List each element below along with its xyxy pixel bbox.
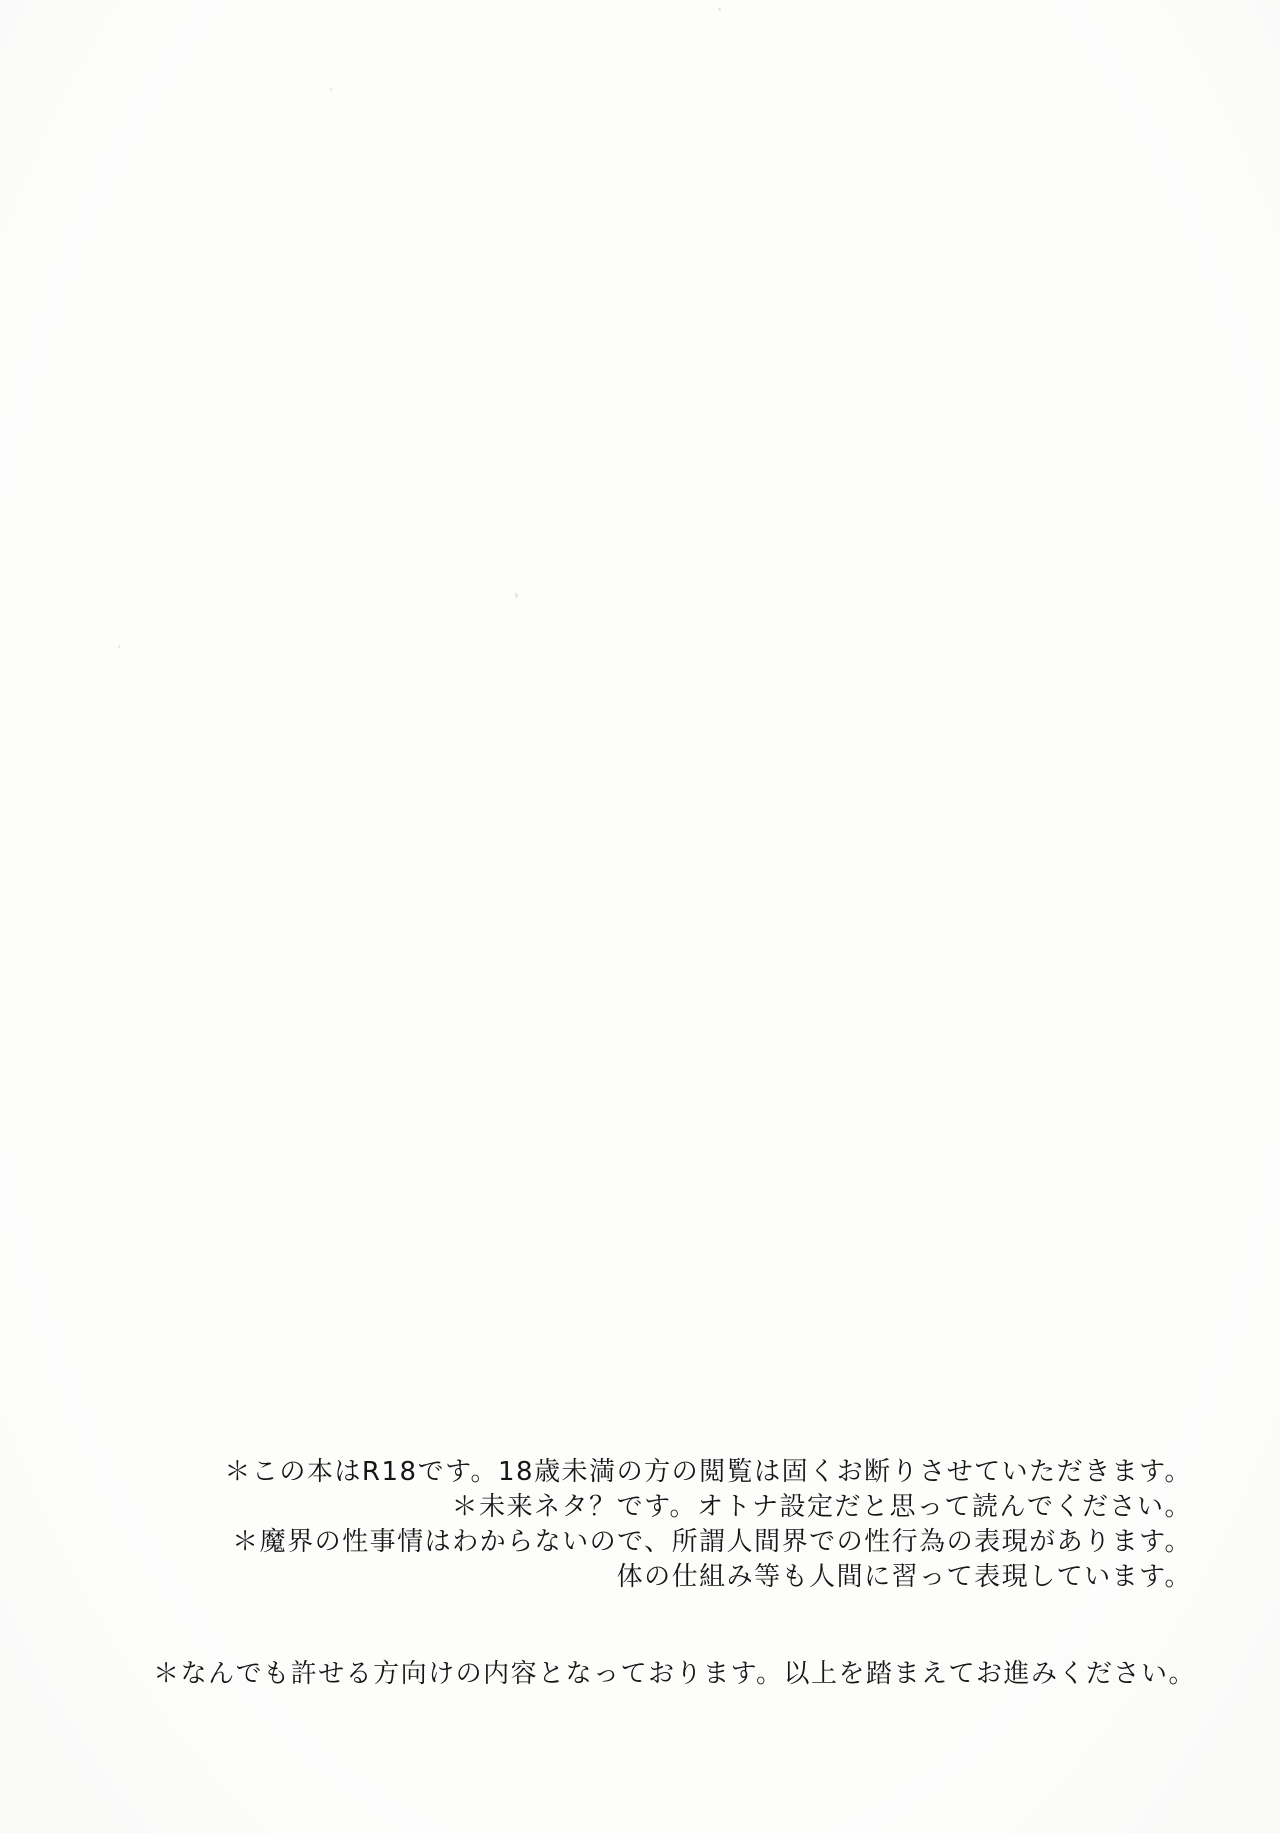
scan-speck: [330, 88, 332, 91]
disclaimer-line-future-setting: ＊未来ネタ？です。オトナ設定だと思って読んでください。: [90, 1490, 1192, 1525]
scan-speck: [118, 645, 120, 648]
footer-warning-line: ＊なんでも許せる方向けの内容となっております。以上を踏まえてお進みください。: [60, 1656, 1196, 1693]
disclaimer-line-makai-note: ＊魔界の性事情はわからないので、所謂人間界での性行為の表現があります。: [90, 1525, 1192, 1560]
scan-speck: [718, 8, 721, 11]
scan-speck: [515, 593, 518, 598]
disclaimer-line-r18: ＊この本はR18です。18歳未満の方の閲覧は固くお断りさせていただきます。: [90, 1455, 1192, 1490]
footer-warning-block: ＊なんでも許せる方向けの内容となっております。以上を踏まえてお進みください。: [60, 1656, 1196, 1693]
disclaimer-line-body-note: 体の仕組み等も人間に習って表現しています。: [90, 1560, 1192, 1595]
disclaimer-block: ＊この本はR18です。18歳未満の方の閲覧は固くお断りさせていただきます。 ＊未…: [90, 1455, 1192, 1595]
scanned-page: ＊この本はR18です。18歳未満の方の閲覧は固くお断りさせていただきます。 ＊未…: [0, 0, 1280, 1833]
